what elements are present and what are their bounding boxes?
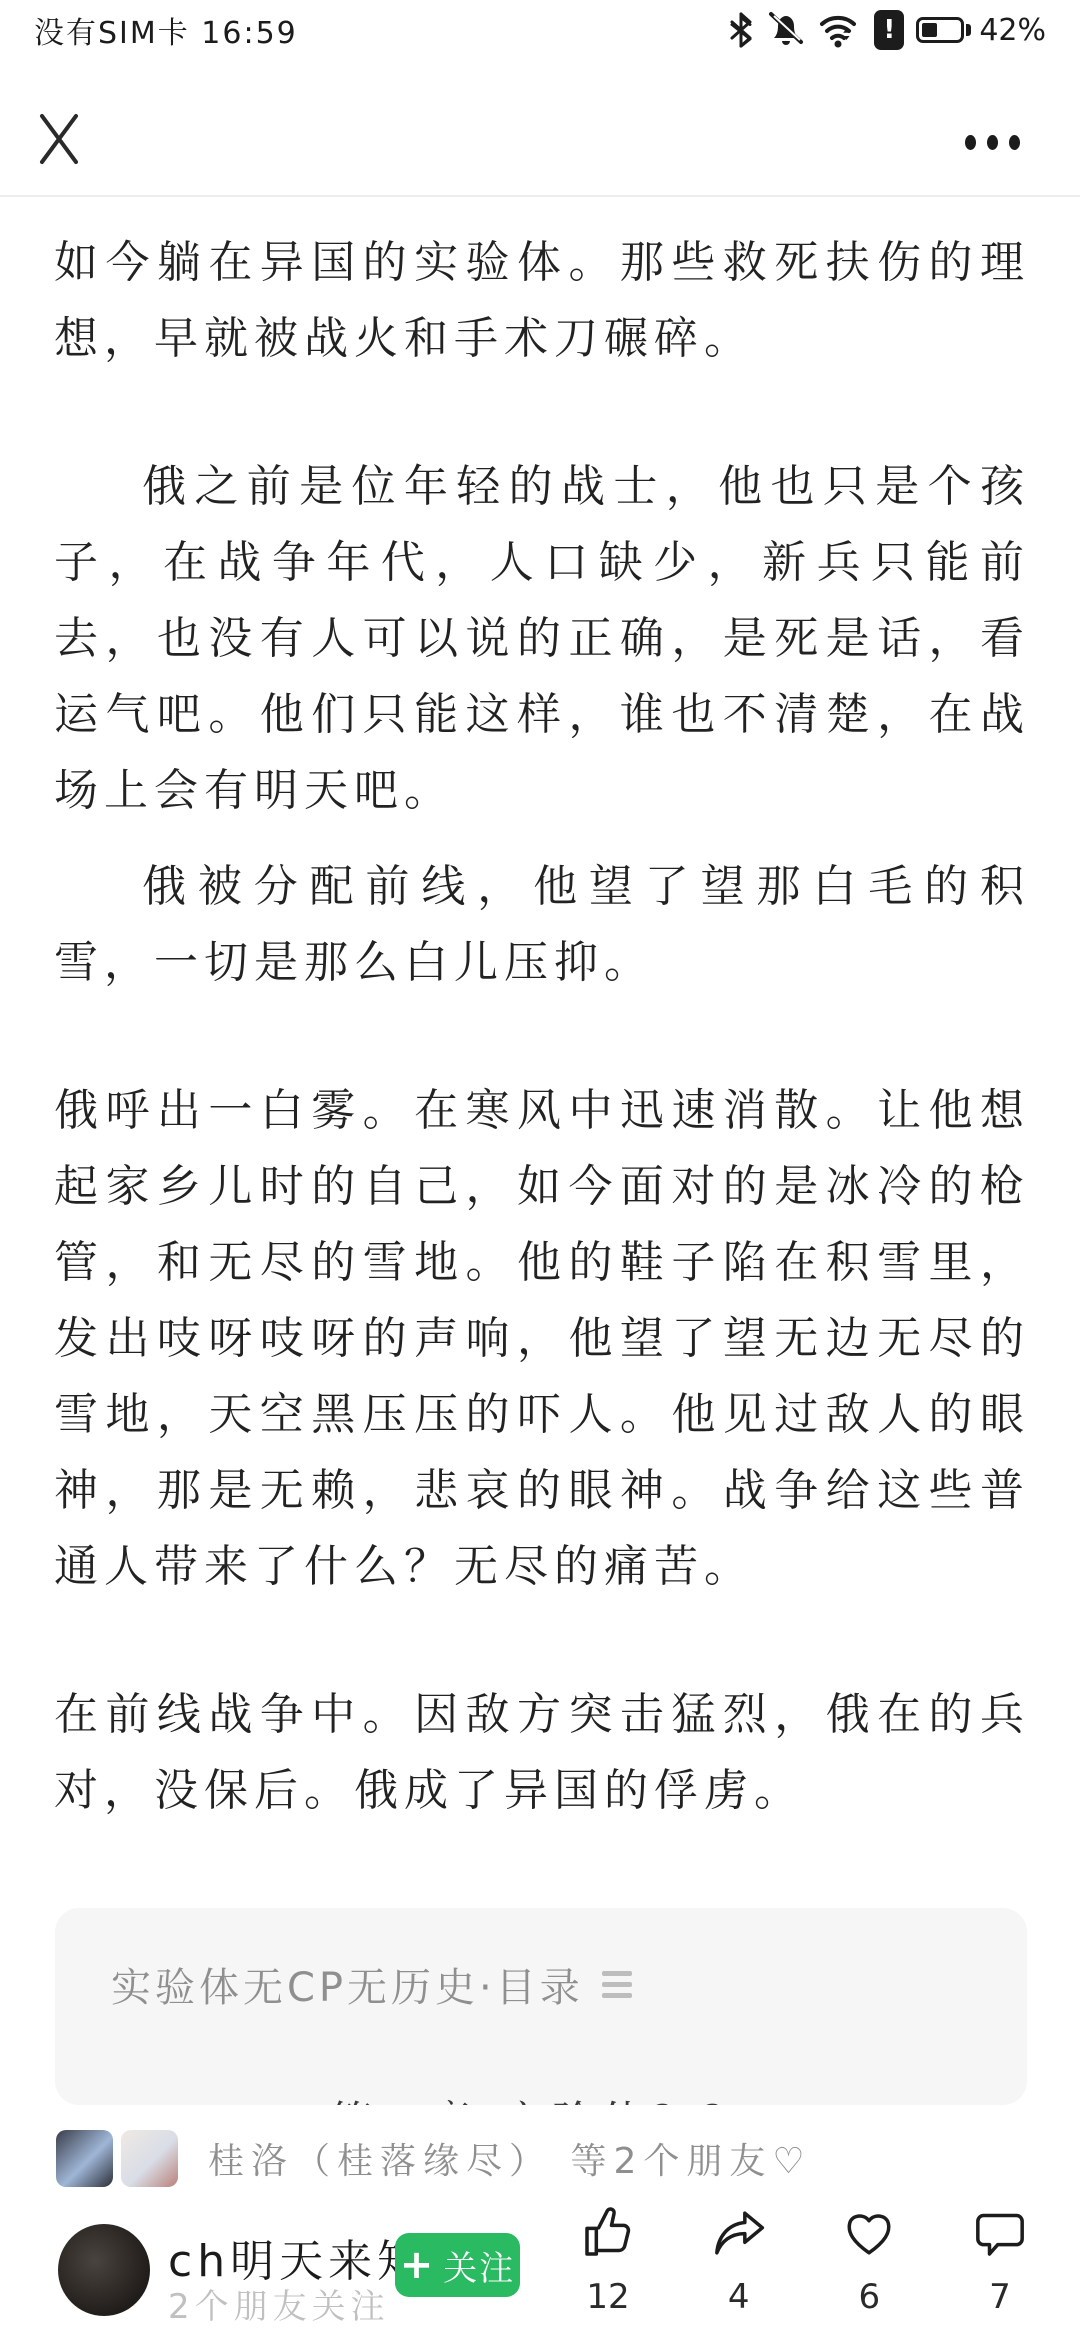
favorite-count: 6 xyxy=(858,2277,880,2317)
carrier-time-label: 没有SIM卡 16:59 xyxy=(34,8,298,52)
toc-list-icon xyxy=(602,1971,632,1998)
author-avatar[interactable] xyxy=(58,2224,150,2316)
nav-bar xyxy=(0,60,1080,197)
follow-button[interactable]: + 关注 xyxy=(395,2233,520,2297)
toc-card[interactable]: 实验体无CP无历史·目录 第一章 实验体？？ xyxy=(55,1908,1027,2105)
paragraph: 俄之前是位年轻的战士，他也只是个孩子，在战争年代，人口缺少，新兵只能前去，也没有… xyxy=(54,449,1030,829)
bluetooth-icon xyxy=(728,10,754,50)
status-icons: ! 42% xyxy=(728,10,1046,50)
dot-icon xyxy=(1009,135,1020,150)
article-body: 如今躺在异国的实验体。那些救死扶伤的理想，早就被战火和手术刀碾碎。 俄之前是位年… xyxy=(0,197,1080,1829)
share-arrow-icon xyxy=(711,2205,767,2261)
sim-alert-icon: ! xyxy=(874,10,904,50)
share-button[interactable]: 4 xyxy=(699,2205,779,2317)
author-follower-note: 2个朋友关注 xyxy=(168,2279,390,2328)
action-bar: 12 4 6 7 xyxy=(568,2205,1040,2317)
friend-avatar xyxy=(121,2130,178,2187)
more-button[interactable] xyxy=(965,132,1020,152)
dot-icon xyxy=(987,135,998,150)
bell-muted-icon xyxy=(766,10,806,50)
battery-icon: 42% xyxy=(916,13,1046,48)
comment-button[interactable]: 7 xyxy=(960,2205,1040,2317)
close-button[interactable] xyxy=(30,108,90,168)
paragraph: 俄呼出一白雾。在寒风中迅速消散。让他想起家乡儿时的自己，如今面对的是冰冷的枪管，… xyxy=(54,1073,1030,1605)
friend-avatar xyxy=(56,2130,113,2187)
comment-bubble-icon xyxy=(972,2205,1028,2261)
follow-label: 关注 xyxy=(443,2241,515,2290)
status-bar: 没有SIM卡 16:59 ! 42% xyxy=(0,0,1080,60)
favorite-button[interactable]: 6 xyxy=(829,2205,909,2317)
dot-icon xyxy=(965,135,976,150)
plus-icon: + xyxy=(400,2245,436,2285)
close-x-icon xyxy=(30,108,90,168)
friends-row[interactable]: 桂洛（桂落缘尽） 等2个朋友♡ xyxy=(56,2130,812,2187)
comment-count: 7 xyxy=(989,2277,1011,2317)
wifi-icon xyxy=(818,10,862,50)
paragraph: 俄被分配前线，他望了望那白毛的积雪，一切是那么白儿压抑。 xyxy=(54,849,1030,1001)
bottom-sheet: 桂洛（桂落缘尽） 等2个朋友♡ ch明天来知 2个朋友关注 + 关注 12 4 xyxy=(0,2105,1080,2340)
toc-title: 实验体无CP无历史·目录 xyxy=(111,1956,584,2013)
battery-percent-label: 42% xyxy=(979,13,1046,48)
like-button[interactable]: 12 xyxy=(568,2205,648,2317)
share-count: 4 xyxy=(728,2277,750,2317)
heart-icon xyxy=(841,2205,897,2261)
thumbs-up-icon xyxy=(580,2205,636,2261)
paragraph: 如今躺在异国的实验体。那些救死扶伤的理想，早就被战火和手术刀碾碎。 xyxy=(54,225,1030,377)
paragraph: 在前线战争中。因敌方突击猛烈，俄在的兵对，没保后。俄成了异国的俘虏。 xyxy=(54,1677,1030,1829)
like-count: 12 xyxy=(586,2277,629,2317)
reader-screen: 没有SIM卡 16:59 ! 42% xyxy=(0,0,1080,2340)
toc-chapter-item[interactable]: 第一章 实验体？？ xyxy=(55,2089,1027,2105)
friends-label: 桂洛（桂落缘尽） 等2个朋友♡ xyxy=(208,2133,812,2184)
